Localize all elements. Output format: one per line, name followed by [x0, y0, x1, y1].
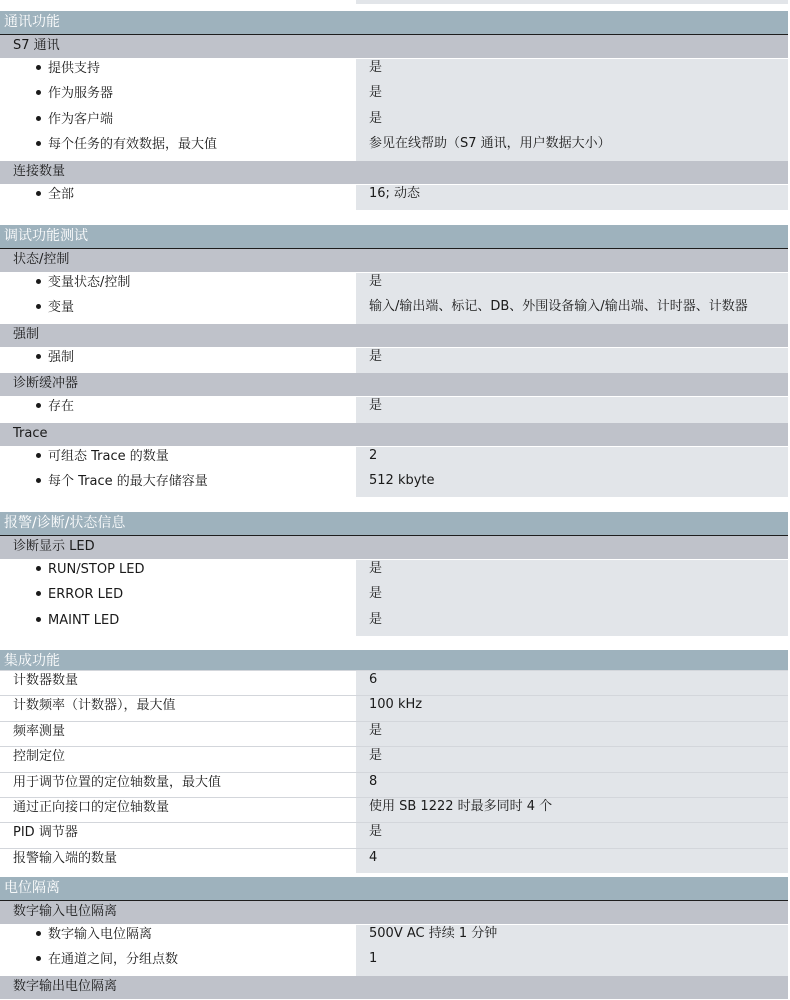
bullet-icon	[36, 617, 41, 622]
bullet-icon	[36, 931, 41, 936]
group-title: 诊断缓冲器	[0, 373, 788, 397]
previous-row-value-strip	[356, 0, 788, 4]
table-row: 作为服务器是	[0, 84, 788, 109]
bullet-icon	[36, 956, 41, 961]
group-title: S7 通讯	[0, 35, 788, 59]
bullet-icon	[36, 191, 41, 196]
bullet-icon	[36, 90, 41, 95]
section-communication: 通讯功能 S7 通讯 提供支持是 作为服务器是 作为客户端是 每个任务的有效数据…	[0, 11, 788, 210]
bullet-icon	[36, 403, 41, 408]
table-row: 变量状态/控制是	[0, 273, 788, 298]
table-row: 存在是	[0, 397, 788, 422]
table-row: RUN/STOP LED是	[0, 560, 788, 585]
bullet-icon	[36, 141, 41, 146]
section-alarm-diagnostics: 报警/诊断/状态信息 诊断显示 LED RUN/STOP LED是 ERROR …	[0, 512, 788, 636]
table-row: 作为客户端是	[0, 110, 788, 135]
bullet-icon	[36, 279, 41, 284]
table-row: 通过正向接口的定位轴数量使用 SB 1222 时最多同时 4 个	[0, 797, 788, 822]
section-integrated-functions: 集成功能 计数器数量6 计数频率（计数器），最大值100 kHz 频率测量是 控…	[0, 650, 788, 873]
section-title: 通讯功能	[0, 11, 788, 35]
group-title: 数字输入电位隔离	[0, 901, 788, 925]
table-row: 报警输入端的数量4	[0, 848, 788, 873]
section-title: 电位隔离	[0, 877, 788, 901]
table-row: PID 调节器是	[0, 822, 788, 847]
group-title: 诊断显示 LED	[0, 536, 788, 560]
bullet-icon	[36, 478, 41, 483]
bullet-icon	[36, 453, 41, 458]
section-debug-test: 调试功能测试 状态/控制 变量状态/控制是 变量输入/输出端、标记、DB、外围设…	[0, 225, 788, 497]
table-row: 变量输入/输出端、标记、DB、外围设备输入/输出端、计时器、计数器	[0, 298, 788, 323]
table-row: 全部16; 动态	[0, 185, 788, 210]
table-row: 频率测量是	[0, 721, 788, 746]
bullet-icon	[36, 116, 41, 121]
bullet-icon	[36, 304, 41, 309]
table-row: 用于调节位置的定位轴数量，最大值8	[0, 772, 788, 797]
group-title: 状态/控制	[0, 249, 788, 273]
bullet-icon	[36, 354, 41, 359]
table-row: ERROR LED是	[0, 585, 788, 610]
table-row: 在通道之间，分组点数1	[0, 950, 788, 975]
table-row: 计数器数量6	[0, 670, 788, 695]
table-row: 每个 Trace 的最大存储容量512 kbyte	[0, 472, 788, 497]
table-row: 提供支持是	[0, 59, 788, 84]
group-title: Trace	[0, 423, 788, 447]
section-title: 报警/诊断/状态信息	[0, 512, 788, 536]
table-row: 每个任务的有效数据，最大值参见在线帮助（S7 通讯，用户数据大小）	[0, 135, 788, 160]
group-title: 数字输出电位隔离	[0, 976, 788, 1000]
table-row: 可组态 Trace 的数量2	[0, 447, 788, 472]
group-title: 强制	[0, 324, 788, 348]
bullet-icon	[36, 591, 41, 596]
section-potential-isolation: 电位隔离 数字输入电位隔离 数字输入电位隔离500V AC 持续 1 分钟 在通…	[0, 877, 788, 1000]
bullet-icon	[36, 65, 41, 70]
table-row: 控制定位是	[0, 746, 788, 771]
table-row: 强制是	[0, 348, 788, 373]
group-title: 连接数量	[0, 161, 788, 185]
section-title: 集成功能	[0, 650, 788, 670]
table-row: 计数频率（计数器），最大值100 kHz	[0, 695, 788, 720]
bullet-icon	[36, 566, 41, 571]
table-row: 数字输入电位隔离500V AC 持续 1 分钟	[0, 925, 788, 950]
section-title: 调试功能测试	[0, 225, 788, 249]
table-row: MAINT LED是	[0, 611, 788, 636]
